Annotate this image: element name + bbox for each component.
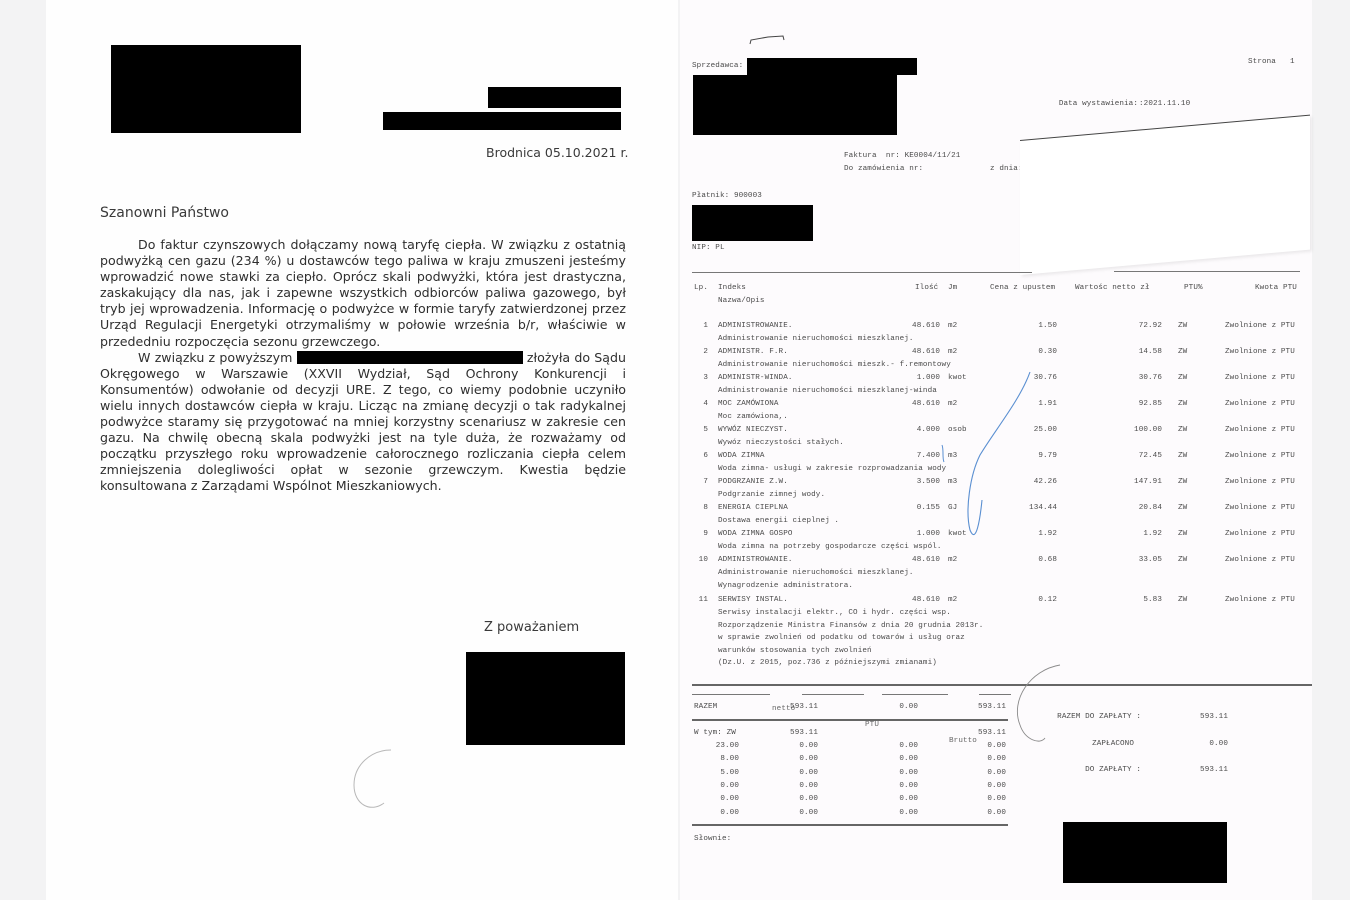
item-unit: m2 [948,322,957,330]
item-index: ADMINISTROWANIE. [718,322,793,330]
item-price: 30.76 [1000,374,1057,382]
rate-gross: 0.00 [948,809,1006,817]
item-net: 147.91 [1092,478,1162,486]
item-vat-rate: ZW [1178,348,1187,356]
item-description: Dostawa energii cieplnej . [718,517,839,525]
in-words-label: Słownie: [694,835,731,843]
item-description: Administrowanie nieruchomości mieszklane… [718,387,937,395]
item-price: 1.92 [1000,530,1057,538]
item-description: Administrowanie nieruchomości mieszklane… [718,569,914,577]
rate-gross: 0.00 [948,795,1006,803]
col-index: Indeks [718,284,746,292]
rate-gross: 0.00 [948,755,1006,763]
breakdown-end-rule [692,824,1008,826]
breakdown-zw-gross: 593.11 [948,729,1006,737]
item-qty: 48.610 [898,596,940,604]
remaining-label: DO ZAPŁATY : [1010,766,1141,774]
rate-value: 8.00 [694,755,739,763]
pen-mark-top [748,34,788,46]
item-unit: m3 [948,478,957,486]
item-lp: 5 [694,426,708,434]
letter-paragraph-1: Do faktur czynszowych dołączamy nową tar… [100,237,626,350]
remaining-amount: 593.11 [1178,766,1228,774]
redacted-signature [466,652,625,745]
item-unit: kwot [948,374,967,382]
col-unit: Jm [948,284,957,292]
invoice-page: Sprzedawca: Strona 1 Data wystawienia: D… [680,0,1312,900]
rate-net: 0.00 [760,755,818,763]
item-index: WYWÓZ NIECZYST. [718,426,788,434]
item-net: 14.58 [1092,348,1162,356]
item-price: 0.68 [1000,556,1057,564]
item-qty: 0.155 [898,504,940,512]
item-lp: 10 [694,556,708,564]
rate-net: 0.00 [760,809,818,817]
rate-net: 0.00 [760,742,818,750]
letter-date: Brodnica 05.10.2021 r. [486,145,628,160]
rate-value: 23.00 [694,742,739,750]
item-net: 5.83 [1092,596,1162,604]
item-qty: 48.610 [898,556,940,564]
item-net: 100.00 [1092,426,1162,434]
item-description: Serwisy instalacji elektr., CO i hydr. c… [718,609,951,617]
rate-gross: 0.00 [948,742,1006,750]
col-net: Wartośc netto zł [1075,284,1150,292]
item-vat-rate: ZW [1178,556,1187,564]
item-vat-rate: ZW [1178,426,1187,434]
item-price: 134.44 [1000,504,1057,512]
item-unit: GJ [948,504,957,512]
item-index: ADMINISTROWANIE. [718,556,793,564]
item-description: (Dz.U. z 2015, poz.736 z późniejszymi zm… [718,659,937,667]
overlapping-paper-sheet [1020,115,1310,275]
item-vat-amount: Zwolnione z PTU [1225,322,1295,330]
item-description: Rozporządzenie Ministra Finansów z dnia … [718,622,983,630]
redacted-seller-address [693,75,897,135]
letter-paragraph-2: W związku z powyższym złożyła do Sądu Ok… [100,350,626,495]
page-label-text: Strona [1248,58,1276,66]
item-lp: 2 [694,348,708,356]
total-gross: 593.11 [948,703,1006,711]
item-unit: osob [948,426,967,434]
col-vat-amount: Kwota PTU [1255,284,1297,292]
item-unit: m3 [948,452,957,460]
item-description: w sprawie zwolnień od podatku od towarów… [718,634,965,642]
summary-header-ptu: PTU [865,721,879,729]
col-vat-pct: PTU% [1184,284,1203,292]
header-rule-left [692,272,1032,273]
rate-vat: 0.00 [860,782,918,790]
item-description: Administrowanie nieruchomości mieszk.- f… [718,361,951,369]
item-vat-rate: ZW [1178,596,1187,604]
item-description: Podgrzanie zimnej wody. [718,491,825,499]
item-vat-amount: Zwolnione z PTU [1225,596,1295,604]
paid-label: ZAPŁACONO [1010,740,1134,748]
col-name: Nazwa/Opis [718,297,765,305]
redacted-issuer-stamp [1063,822,1227,883]
item-vat-rate: ZW [1178,322,1187,330]
item-index: ADMINISTR. F.R. [718,348,788,356]
rate-vat: 0.00 [860,795,918,803]
rate-vat: 0.00 [860,755,918,763]
paragraph-2-rest: złożyła do Sądu Okręgowego w Warszawie (… [100,350,626,494]
item-vat-amount: Zwolnione z PTU [1225,530,1295,538]
item-vat-rate: ZW [1178,374,1187,382]
item-lp: 11 [694,596,708,604]
item-net: 72.92 [1092,322,1162,330]
redacted-company-name [297,351,523,364]
letter-page: Brodnica 05.10.2021 r. Szanowni Państwo … [46,0,678,900]
item-vat-amount: Zwolnione z PTU [1225,400,1295,408]
summary-header: netto PTU Brutto [692,689,1010,761]
item-vat-amount: Zwolnione z PTU [1225,348,1295,356]
item-price: 9.79 [1000,452,1057,460]
item-index: ENERGIA CIEPLNA [718,504,788,512]
rate-gross: 0.00 [948,769,1006,777]
item-net: 33.05 [1092,556,1162,564]
item-vat-rate: ZW [1178,504,1187,512]
rate-vat: 0.00 [860,809,918,817]
invoice-number: KE0004/11/21 [905,152,961,160]
rate-net: 0.00 [760,795,818,803]
item-description: Wynagrodzenie administratora. [718,582,853,590]
order-number-label: Do zamówienia nr: [844,165,923,173]
item-index: WODA ZIMNA [718,452,765,460]
header-rule-right [1114,271,1300,272]
item-vat-rate: ZW [1178,478,1187,486]
item-qty: 1.000 [898,530,940,538]
redacted-recipient-line-1 [488,87,621,108]
item-unit: m2 [948,556,957,564]
redacted-payer-name [692,205,813,241]
item-lp: 1 [694,322,708,330]
item-lp: 6 [694,452,708,460]
items-end-rule [692,684,1312,686]
item-index: ADMINISTR-WINDA. [718,374,793,382]
item-lp: 3 [694,374,708,382]
rate-vat: 0.00 [860,769,918,777]
issue-date-label: Data wystawienia: [980,98,1138,112]
item-description: Administrowanie nieruchomości mieszklane… [718,335,914,343]
rate-value: 0.00 [694,795,739,803]
item-lp: 4 [694,400,708,408]
rate-vat: 0.00 [860,742,918,750]
nip-label: NIP: PL [692,244,725,252]
item-index: SERWISY INSTAL. [718,596,788,604]
total-due: 593.11 [1178,713,1228,721]
item-net: 30.76 [1092,374,1162,382]
total-due-label: RAZEM DO ZAPŁATY : [1010,713,1141,721]
letter-greeting: Szanowni Państwo [100,205,229,221]
paid-amount: 0.00 [1178,740,1228,748]
rate-net: 0.00 [760,769,818,777]
rate-value: 5.00 [694,769,739,777]
seller-label: Sprzedawca: [692,62,743,70]
item-description: Woda zimna na potrzeby gospodarcze częśc… [718,543,942,551]
order-date-label: z dnia: [990,165,1023,173]
item-net: 72.45 [1092,452,1162,460]
rate-value: 0.00 [694,809,739,817]
item-vat-amount: Zwolnione z PTU [1225,556,1295,564]
rate-gross: 0.00 [948,782,1006,790]
total-vat: 0.00 [860,703,918,711]
item-description: Woda zimna- usługi w zakresie rozprowadz… [718,465,946,473]
item-unit: m2 [948,348,957,356]
item-price: 1.91 [1000,400,1057,408]
item-unit: kwot [948,530,967,538]
item-price: 0.12 [1000,596,1057,604]
issue-date: :2021.11.10 [1139,98,1190,112]
item-price: 1.50 [1000,322,1057,330]
rate-net: 0.00 [760,782,818,790]
item-qty: 48.610 [898,400,940,408]
payer-line: Płatnik: 900003 [692,192,762,200]
item-unit: m2 [948,400,957,408]
item-vat-rate: ZW [1178,400,1187,408]
page-label: Strona 1 [1248,58,1295,66]
item-vat-rate: ZW [1178,530,1187,538]
item-qty: 3.500 [898,478,940,486]
item-index: WODA ZIMNA GOSPO [718,530,793,538]
rate-value: 0.00 [694,782,739,790]
payer-label: Płatnik: [692,192,729,200]
item-unit: m2 [948,596,957,604]
item-net: 1.92 [1092,530,1162,538]
item-index: MOC ZAMÓWIONA [718,400,779,408]
item-price: 42.26 [1000,478,1057,486]
item-vat-amount: Zwolnione z PTU [1225,452,1295,460]
item-lp: 8 [694,504,708,512]
paragraph-2-start: W związku z powyższym [138,350,292,365]
item-description: warunków stosowania tych zwolnień [718,647,872,655]
item-qty: 4.000 [898,426,940,434]
summary-rule [692,719,1008,721]
pencil-mark [346,745,436,815]
letter-body: Do faktur czynszowych dołączamy nową tar… [100,237,626,495]
item-qty: 1.000 [898,374,940,382]
item-vat-rate: ZW [1178,452,1187,460]
col-lp: Lp. [694,284,708,292]
item-description: Wywóz nieczystości stałych. [718,439,844,447]
item-price: 0.30 [1000,348,1057,356]
breakdown-zw-net: 593.11 [760,729,818,737]
item-qty: 48.610 [898,348,940,356]
item-vat-amount: Zwolnione z PTU [1225,426,1295,434]
item-net: 92.85 [1092,400,1162,408]
redacted-seller-name [747,58,917,75]
item-net: 20.84 [1092,504,1162,512]
item-lp: 9 [694,530,708,538]
item-qty: 7.400 [898,452,940,460]
payer-id: 900003 [734,192,762,200]
total-label: RAZEM [694,703,717,711]
item-vat-amount: Zwolnione z PTU [1225,374,1295,382]
letter-closing: Z poważaniem [484,620,579,635]
item-description: Moc zamówiona,. [718,413,788,421]
item-vat-amount: Zwolnione z PTU [1225,504,1295,512]
breakdown-label: W tym: ZW [694,729,736,737]
total-net: 593.11 [760,703,818,711]
item-lp: 7 [694,478,708,486]
item-index: PODGRZANIE Z.W. [718,478,788,486]
item-qty: 48.610 [898,322,940,330]
redacted-sender-logo [111,45,301,133]
item-vat-amount: Zwolnione z PTU [1225,478,1295,486]
invoice-number-label: Faktura nr: [844,152,900,160]
redacted-recipient-line-2 [383,112,621,130]
col-qty: Ilość [915,284,938,292]
col-price: Cena z upustem [990,284,1055,292]
item-price: 25.00 [1000,426,1057,434]
invoice-number-line: Faktura nr: KE0004/11/21 [844,152,960,160]
page-number: 1 [1290,58,1295,66]
